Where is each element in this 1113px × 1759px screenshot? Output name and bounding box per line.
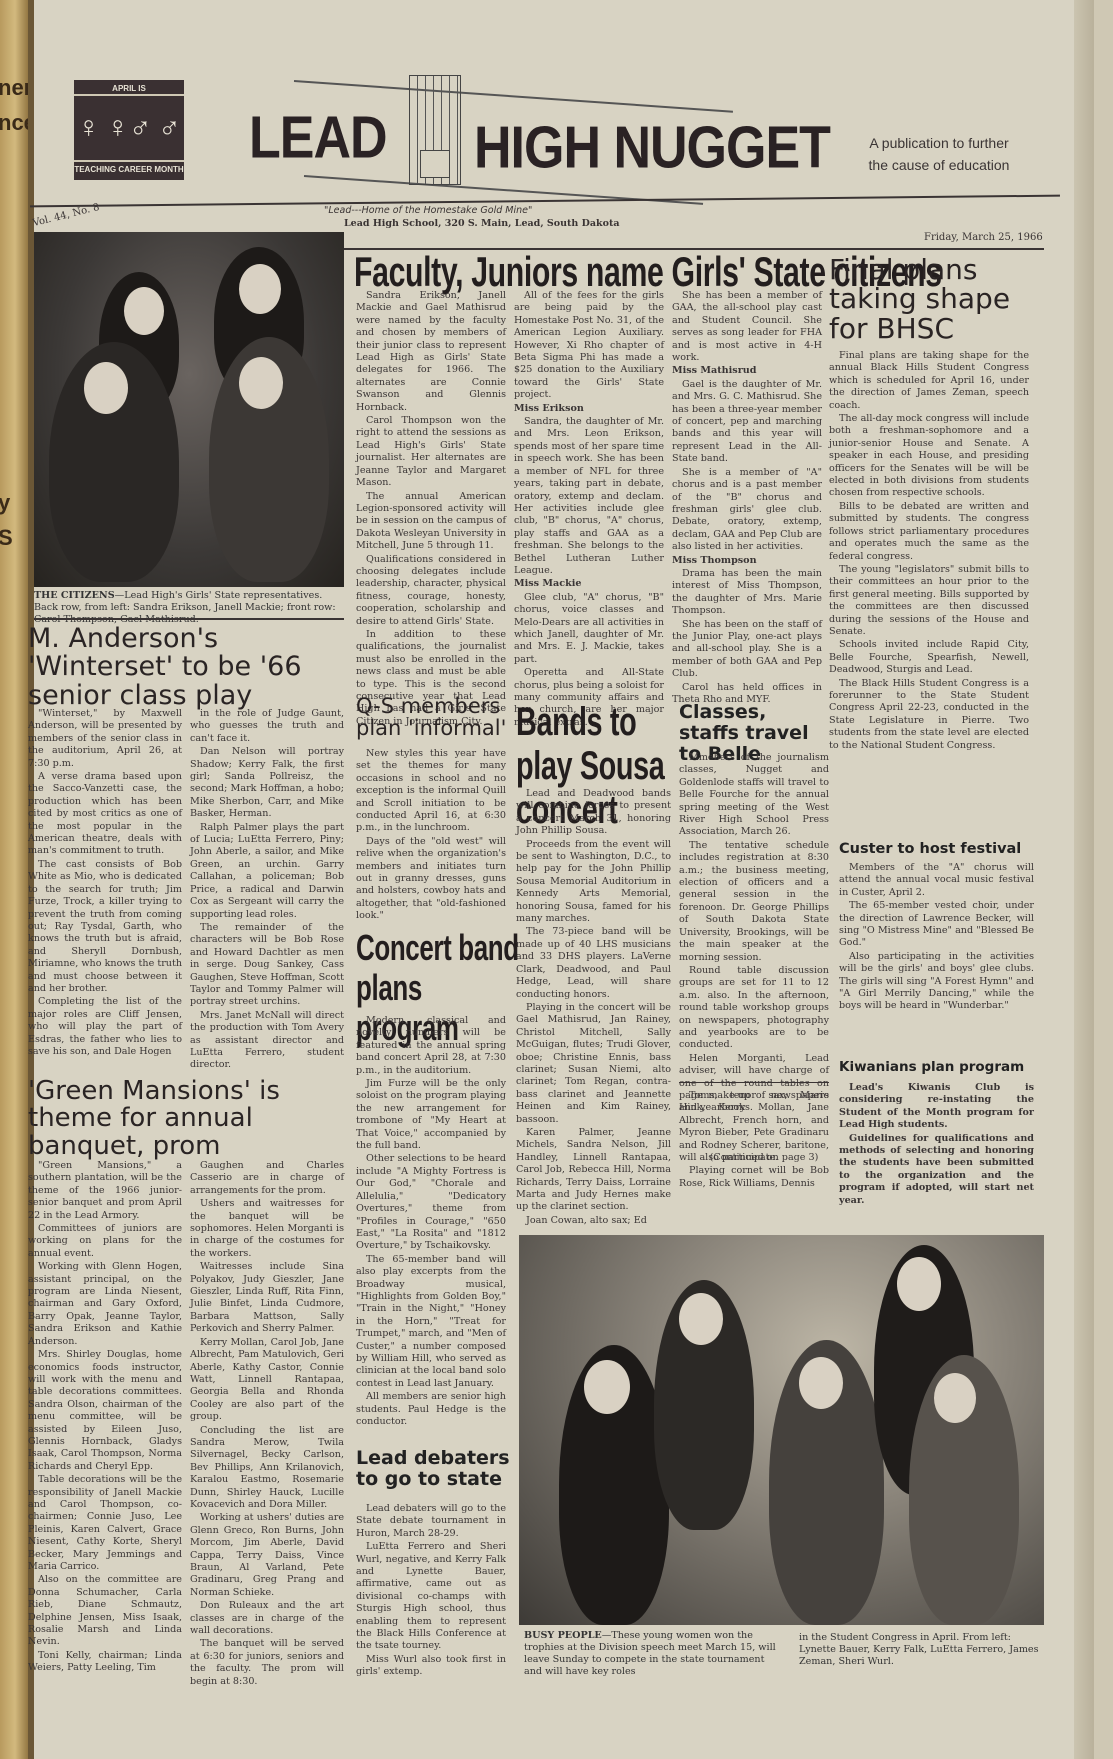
paragraph: Mmebers of the journalism classes, Nugge… xyxy=(679,752,829,839)
paragraph: She has been on the staff of the Junior … xyxy=(672,619,822,681)
newspaper-page: APRIL IS ♀♀♂♂ TEACHING CAREER MONTH LEAD… xyxy=(34,0,1094,1759)
article-bhsc: Final plans are taking shape for the ann… xyxy=(829,350,1029,753)
article-qs: New styles this year have set the themes… xyxy=(356,748,506,924)
article-concert-band: Modern, classical and novelty numbers wi… xyxy=(356,1015,506,1429)
photo-girls-state-citizens xyxy=(34,232,344,587)
masthead-address: Lead High School, 320 S. Main, Lead, Sou… xyxy=(344,218,620,229)
subhead: Miss Erikson xyxy=(514,403,664,415)
article-winterset-col1: "Winterset," by Maxwell Anderson, will b… xyxy=(28,708,182,1073)
paragraph: Joan Cowan, alto sax; Ed xyxy=(516,1215,671,1227)
paragraph: Other selections to be heard include "A … xyxy=(356,1153,506,1252)
paragraph: Lead debaters will go to the State debat… xyxy=(356,1503,506,1540)
issue-date: Friday, March 25, 1966 xyxy=(924,232,1043,243)
paragraph: Bills to be debated are written and subm… xyxy=(829,501,1029,563)
section-rule xyxy=(34,618,344,620)
headline-bhsc: Final plans taking shape for BHSC xyxy=(829,255,1034,343)
paragraph: Jim Furze will be the only soloist on th… xyxy=(356,1078,506,1152)
paragraph: Schools invited include Rapid City, Bell… xyxy=(829,639,1029,676)
paragraph: "Green Mansions," a southern plantation,… xyxy=(28,1160,182,1222)
paragraph: All of the fees for the girls are being … xyxy=(514,290,664,402)
headframe-tower-icon xyxy=(409,75,461,185)
masthead-rule xyxy=(30,195,1060,207)
headline-kiwanis: Kiwanians plan program xyxy=(839,1060,1039,1075)
paragraph: Committees of juniors are working on pla… xyxy=(28,1223,182,1260)
paragraph: The banquet will be served at 6:30 for j… xyxy=(190,1638,344,1688)
paragraph: Completing the list of the major roles a… xyxy=(28,996,182,1058)
photo-busy-people xyxy=(519,1235,1044,1625)
gutter-fragment: nced xyxy=(0,110,30,136)
paragraph: The tentative schedule includes registra… xyxy=(679,840,829,964)
paragraph: Working with Glenn Hogen, assistant prin… xyxy=(28,1261,182,1348)
photo-caption-busy-col1: BUSY PEOPLE—These young women won the tr… xyxy=(524,1630,784,1678)
subhead: Miss Mackie xyxy=(514,578,664,590)
paragraph: Proceeds from the event will be sent to … xyxy=(516,839,671,926)
article-green-mansions-col2: Gaughen and Charles Casserio are in char… xyxy=(190,1160,344,1689)
article-green-mansions-col1: "Green Mansions," a southern plantation,… xyxy=(28,1160,182,1689)
paragraph: Members of the "A" chorus will attend th… xyxy=(839,862,1034,899)
paragraph: Concluding the list are Sandra Merow, Tw… xyxy=(190,1425,344,1512)
article-debaters: Lead debaters will go to the State debat… xyxy=(356,1503,506,1680)
article-band-continued: Toms, tenor sax; Marie Hink, Kerry Molla… xyxy=(679,1090,829,1191)
jump-line[interactable]: (Continued on page 3) xyxy=(699,1152,829,1164)
masthead-motto: "Lead---Home of the Homestake Gold Mine" xyxy=(324,205,532,216)
caption-lead: BUSY PEOPLE xyxy=(524,1630,602,1641)
paragraph: Table decorations will be the responsibi… xyxy=(28,1474,182,1573)
paragraph: Glee club, "A" chorus, "B" chorus, voice… xyxy=(514,592,664,666)
paragraph: The 73-piece band will be made up of 40 … xyxy=(516,926,671,1000)
headline-debaters: Lead debaters to go to state xyxy=(356,1448,526,1490)
masthead-tagline: A publication to further the cause of ed… xyxy=(839,132,1039,176)
paragraph: Lead and Deadwood bands will combine for… xyxy=(516,788,671,838)
paragraph: Lead's Kiwanis Club is considering re-in… xyxy=(839,1082,1034,1132)
paragraph: A verse drama based upon the Sacco-Vanze… xyxy=(28,771,182,858)
paragraph: Gaughen and Charles Casserio are in char… xyxy=(190,1160,344,1197)
headline-winterset: M. Anderson's 'Winterset' to be '66 seni… xyxy=(28,625,348,710)
article-green-mansions: "Green Mansions," a southern plantation,… xyxy=(28,1160,344,1689)
gutter-fragment: y xyxy=(0,490,10,516)
paragraph: Playing cornet will be Bob Rose, Rick Wi… xyxy=(679,1165,829,1190)
paragraph: All members are senior high students. Pa… xyxy=(356,1391,506,1428)
logo-bottom-text: TEACHING CAREER MONTH xyxy=(74,160,184,174)
paragraph: The annual American Legion-sponsored act… xyxy=(356,491,506,553)
article-girls-state-col2: All of the fees for the girls are being … xyxy=(514,290,664,730)
paragraph: The young "legislators" submit bills to … xyxy=(829,564,1029,638)
photo-caption-citizens: THE CITIZENS—Lead High's Girls' State re… xyxy=(34,590,344,626)
subhead: Miss Mathisrud xyxy=(672,365,822,377)
paragraph: The 65-member band will also play excerp… xyxy=(356,1254,506,1390)
paragraph: Qualifications considered in choosing de… xyxy=(356,554,506,628)
paragraph: The cast consists of Bob White as Mio, w… xyxy=(28,859,182,995)
paragraph: Waitresses include Sina Polyakov, Judy G… xyxy=(190,1261,344,1335)
paragraph: Round table discussion groups are set fo… xyxy=(679,965,829,1052)
page-edge xyxy=(1074,0,1094,1759)
headline-green-mansions: 'Green Mansions' is theme for annual ban… xyxy=(28,1078,348,1160)
subhead: Miss Thompson xyxy=(672,555,822,567)
paragraph: Also participating in the activities wil… xyxy=(839,951,1034,1013)
paragraph: Don Ruleaux and the art classes are in c… xyxy=(190,1600,344,1637)
paragraph: "Winterset," by Maxwell Anderson, will b… xyxy=(28,708,182,770)
paragraph: Modern, classical and novelty numbers wi… xyxy=(356,1015,506,1077)
tagline-line: the cause of education xyxy=(839,154,1039,176)
paragraph: Ushers and waitresses for the banquet wi… xyxy=(190,1198,344,1260)
paragraph: Mrs. Janet McNall will direct the produc… xyxy=(190,1010,344,1072)
article-winterset-col2: in the role of Judge Gaunt, who guesses … xyxy=(190,708,344,1073)
masthead-title-right: HIGH NUGGET xyxy=(474,114,830,183)
paragraph: The 65-member vested choir, under the di… xyxy=(839,900,1034,950)
paragraph: Gael is the daughter of Mr. and Mrs. G. … xyxy=(672,379,822,466)
masthead-title-left: LEAD xyxy=(249,104,387,173)
paragraph: The all-day mock congress will include b… xyxy=(829,413,1029,500)
headline-qs-informal: Q-S members plan 'informal' xyxy=(356,695,526,739)
logo-top-text: APRIL IS xyxy=(74,80,184,96)
paragraph: Mrs. Shirley Douglas, home economics foo… xyxy=(28,1349,182,1473)
paragraph: Ralph Palmer plays the part of Lucia; Lu… xyxy=(190,822,344,921)
paragraph: in the role of Judge Gaunt, who guesses … xyxy=(190,708,344,745)
section-rule xyxy=(679,1082,829,1083)
article-girls-state-col3: She has been a member of GAA, the all-sc… xyxy=(672,290,822,707)
paragraph: New styles this year have set the themes… xyxy=(356,748,506,835)
teaching-career-month-logo: APRIL IS ♀♀♂♂ TEACHING CAREER MONTH xyxy=(74,80,184,180)
paragraph: Karen Palmer, Jeanne Michels, Sandra Nel… xyxy=(516,1127,671,1214)
gutter-fragment: S xyxy=(0,525,13,551)
paragraph: Carol Thompson won the right to attend t… xyxy=(356,415,506,489)
caption-lead: THE CITIZENS xyxy=(34,590,115,601)
paragraph: Also on the committee are Donna Schumach… xyxy=(28,1574,182,1648)
article-winterset: "Winterset," by Maxwell Anderson, will b… xyxy=(28,708,344,1073)
photo-caption-busy-col2: in the Student Congress in April. From l… xyxy=(799,1632,1049,1668)
paragraph: Dan Nelson will portray Shadow; Kerry Fa… xyxy=(190,746,344,820)
paragraph: Final plans are taking shape for the ann… xyxy=(829,350,1029,412)
article-belle: Mmebers of the journalism classes, Nugge… xyxy=(679,752,829,1116)
paragraph: Toni Kelly, chairman; Linda Weiers, Patt… xyxy=(28,1650,182,1675)
gutter-fragment: nent xyxy=(0,75,30,101)
article-girls-state-col1: Sandra Erikson, Janell Mackie and Gael M… xyxy=(356,290,506,729)
paragraph: LuEtta Ferrero and Sheri Wurl, negative,… xyxy=(356,1541,506,1653)
paragraph: She is a member of "A" chorus and is a p… xyxy=(672,467,822,554)
paragraph: Sandra Erikson, Janell Mackie and Gael M… xyxy=(356,290,506,414)
headline-custer: Custer to host festival xyxy=(839,842,1039,858)
paragraph: The remainder of the characters will be … xyxy=(190,922,344,1009)
tagline-line: A publication to further xyxy=(839,132,1039,154)
family-figures-icon: ♀♀♂♂ xyxy=(74,96,184,160)
paragraph: Kerry Mollan, Carol Job, Jane Albrecht, … xyxy=(190,1337,344,1424)
paragraph: Guidelines for qualifications and method… xyxy=(839,1133,1034,1207)
article-custer: Members of the "A" chorus will attend th… xyxy=(839,862,1034,1014)
paragraph: Days of the "old west" will relive when … xyxy=(356,836,506,923)
paragraph: Working at ushers' duties are Glenn Grec… xyxy=(190,1512,344,1599)
adjacent-page-gutter: nent nced y S xyxy=(0,0,30,1759)
article-kiwanis: Lead's Kiwanis Club is considering re-in… xyxy=(839,1082,1034,1208)
article-sousa: Lead and Deadwood bands will combine for… xyxy=(516,788,671,1228)
paragraph: Drama has been the main interest of Miss… xyxy=(672,568,822,618)
paragraph: She has been a member of GAA, the all-sc… xyxy=(672,290,822,364)
paragraph: Miss Wurl also took first in girls' exte… xyxy=(356,1654,506,1679)
paragraph: The Black Hills Student Congress is a fo… xyxy=(829,678,1029,752)
paragraph: Sandra, the daughter of Mr. and Mrs. Leo… xyxy=(514,416,664,577)
paragraph: Playing in the concert will be Gael Math… xyxy=(516,1002,671,1126)
